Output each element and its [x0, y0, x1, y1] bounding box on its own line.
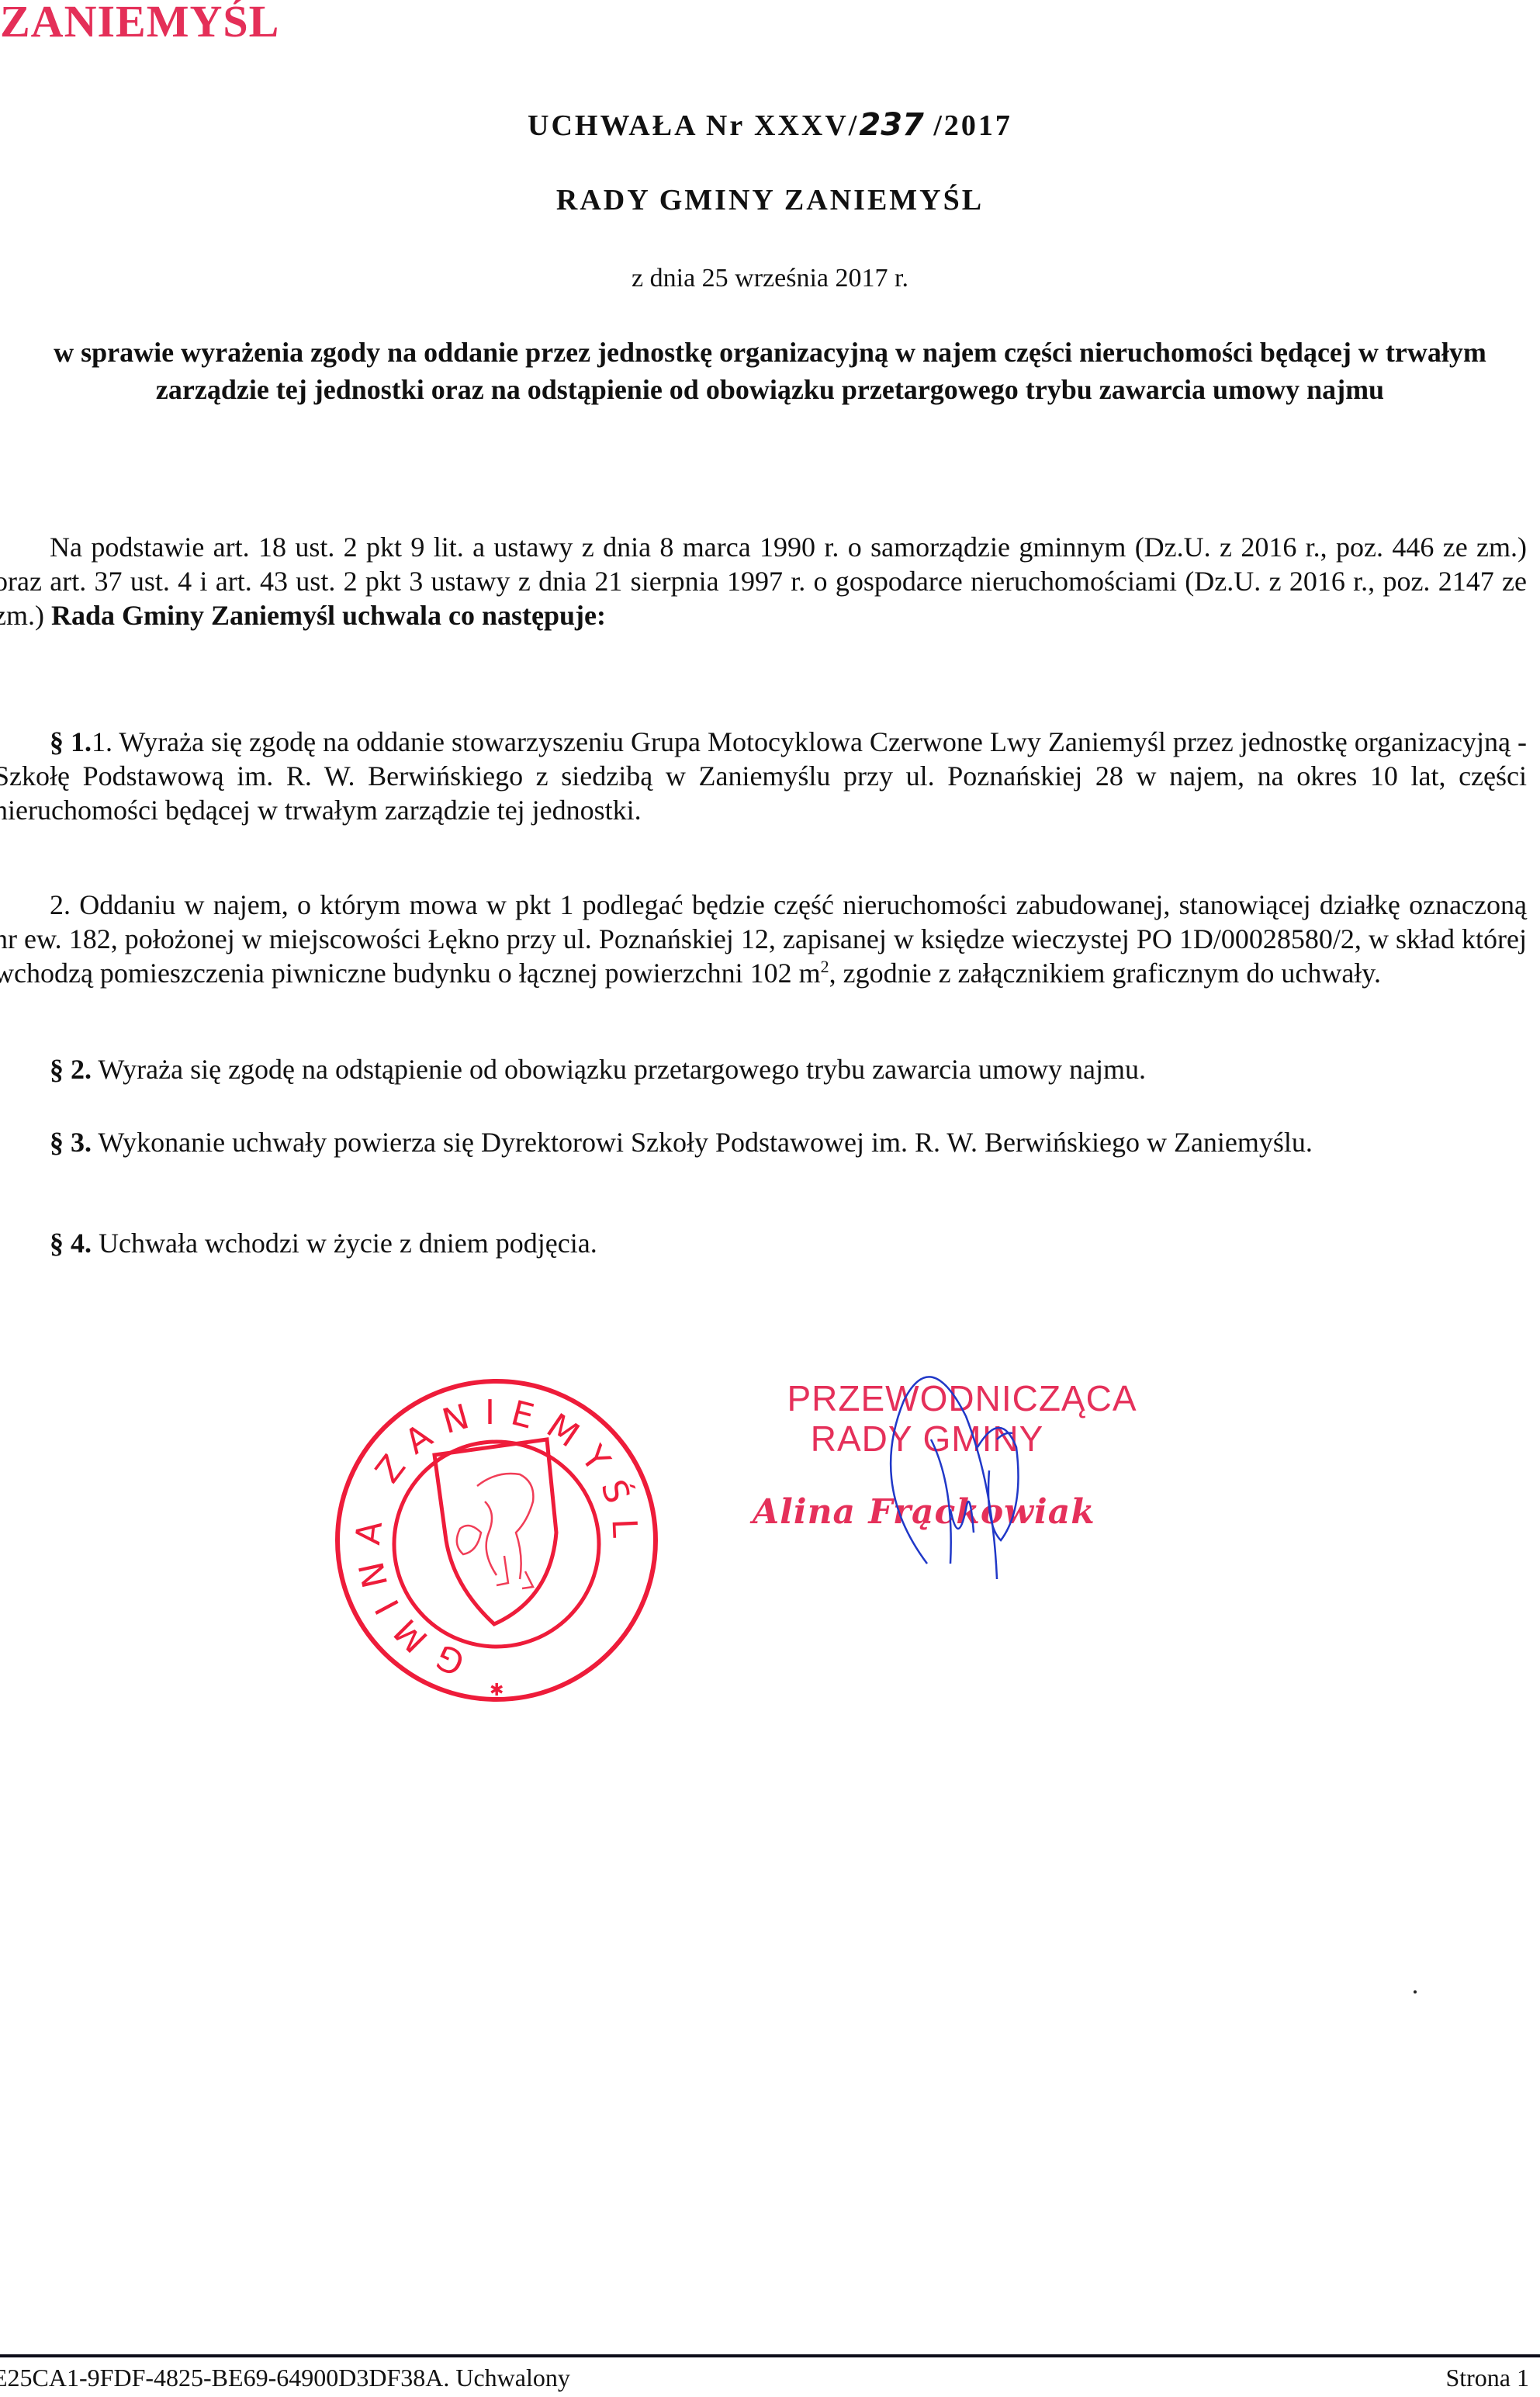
- resolution-number-prefix: UCHWAŁA Nr XXXV/: [528, 109, 859, 142]
- resolution-date: z dnia 25 września 2017 r.: [0, 264, 1540, 293]
- section-3-label: § 3.: [50, 1127, 92, 1158]
- seal-emblem-icon: GMINA ZANIEMYŚL ✱: [330, 1377, 663, 1703]
- chair-title: PRZEWODNICZĄCA: [745, 1377, 1179, 1419]
- legal-basis-enactment: Rada Gminy Zaniemyśl uchwala co następuj…: [51, 600, 606, 631]
- section-1-point-label: 1.: [92, 726, 112, 757]
- handwritten-number: 237: [859, 107, 924, 143]
- section-1-point-1: § 1.1. Wyraża się zgodę na oddanie stowa…: [0, 725, 1527, 827]
- section-4-text: Uchwała wchodzi w życie z dniem podjęcia…: [92, 1228, 597, 1259]
- page-number: Strona 1: [1445, 2364, 1529, 2392]
- official-seal: GMINA ZANIEMYŚL ✱: [330, 1377, 663, 1703]
- superscript: 2: [821, 957, 829, 976]
- municipality-stamp: ZANIEMYŚL: [0, 0, 279, 47]
- resolution-number: UCHWAŁA Nr XXXV/237 /2017: [0, 107, 1540, 143]
- document-id: E25CA1-9FDF-4825-BE69-64900D3DF38A. Uchw…: [0, 2364, 570, 2392]
- section-1-label: § 1.: [50, 726, 92, 757]
- chair-council: RADY GMINY: [745, 1418, 1109, 1460]
- svg-text:✱: ✱: [490, 1681, 504, 1700]
- chairperson-stamp: PRZEWODNICZĄCA RADY GMINY Alina Frąckowi…: [745, 1377, 1210, 1564]
- section-4: § 4. Uchwała wchodzi w życie z dniem pod…: [0, 1226, 1527, 1260]
- section-1-point-2: 2. Oddaniu w najem, o którym mowa w pkt …: [0, 888, 1527, 990]
- resolution-number-suffix: /2017: [924, 109, 1012, 142]
- section-1-point-1-text: Wyraża się zgodę na oddanie stowarzyszen…: [0, 726, 1527, 826]
- section-3-text: Wykonanie uchwały powierza się Dyrektoro…: [92, 1127, 1313, 1158]
- section-2: § 2. Wyraża się zgodę na odstąpienie od …: [0, 1052, 1527, 1086]
- resolution-subject: w sprawie wyrażenia zgody na oddanie prz…: [16, 334, 1524, 408]
- council-name: RADY GMINY ZANIEMYŚL: [0, 183, 1540, 217]
- legal-basis-paragraph: Na podstawie art. 18 ust. 2 pkt 9 lit. a…: [0, 530, 1527, 632]
- section-2-text: Wyraża się zgodę na odstąpienie od obowi…: [92, 1054, 1146, 1085]
- footer-divider: [0, 2354, 1540, 2357]
- chair-name: Alina Frąckowiak: [753, 1492, 1095, 1532]
- scan-speck: [1414, 1990, 1417, 1993]
- section-3: § 3. Wykonanie uchwały powierza się Dyre…: [0, 1125, 1527, 1159]
- section-2-label: § 2.: [50, 1054, 92, 1085]
- section-4-label: § 4.: [50, 1228, 92, 1259]
- section-1-point-2-tail: , zgodnie z załącznikiem graficznym do u…: [829, 958, 1381, 989]
